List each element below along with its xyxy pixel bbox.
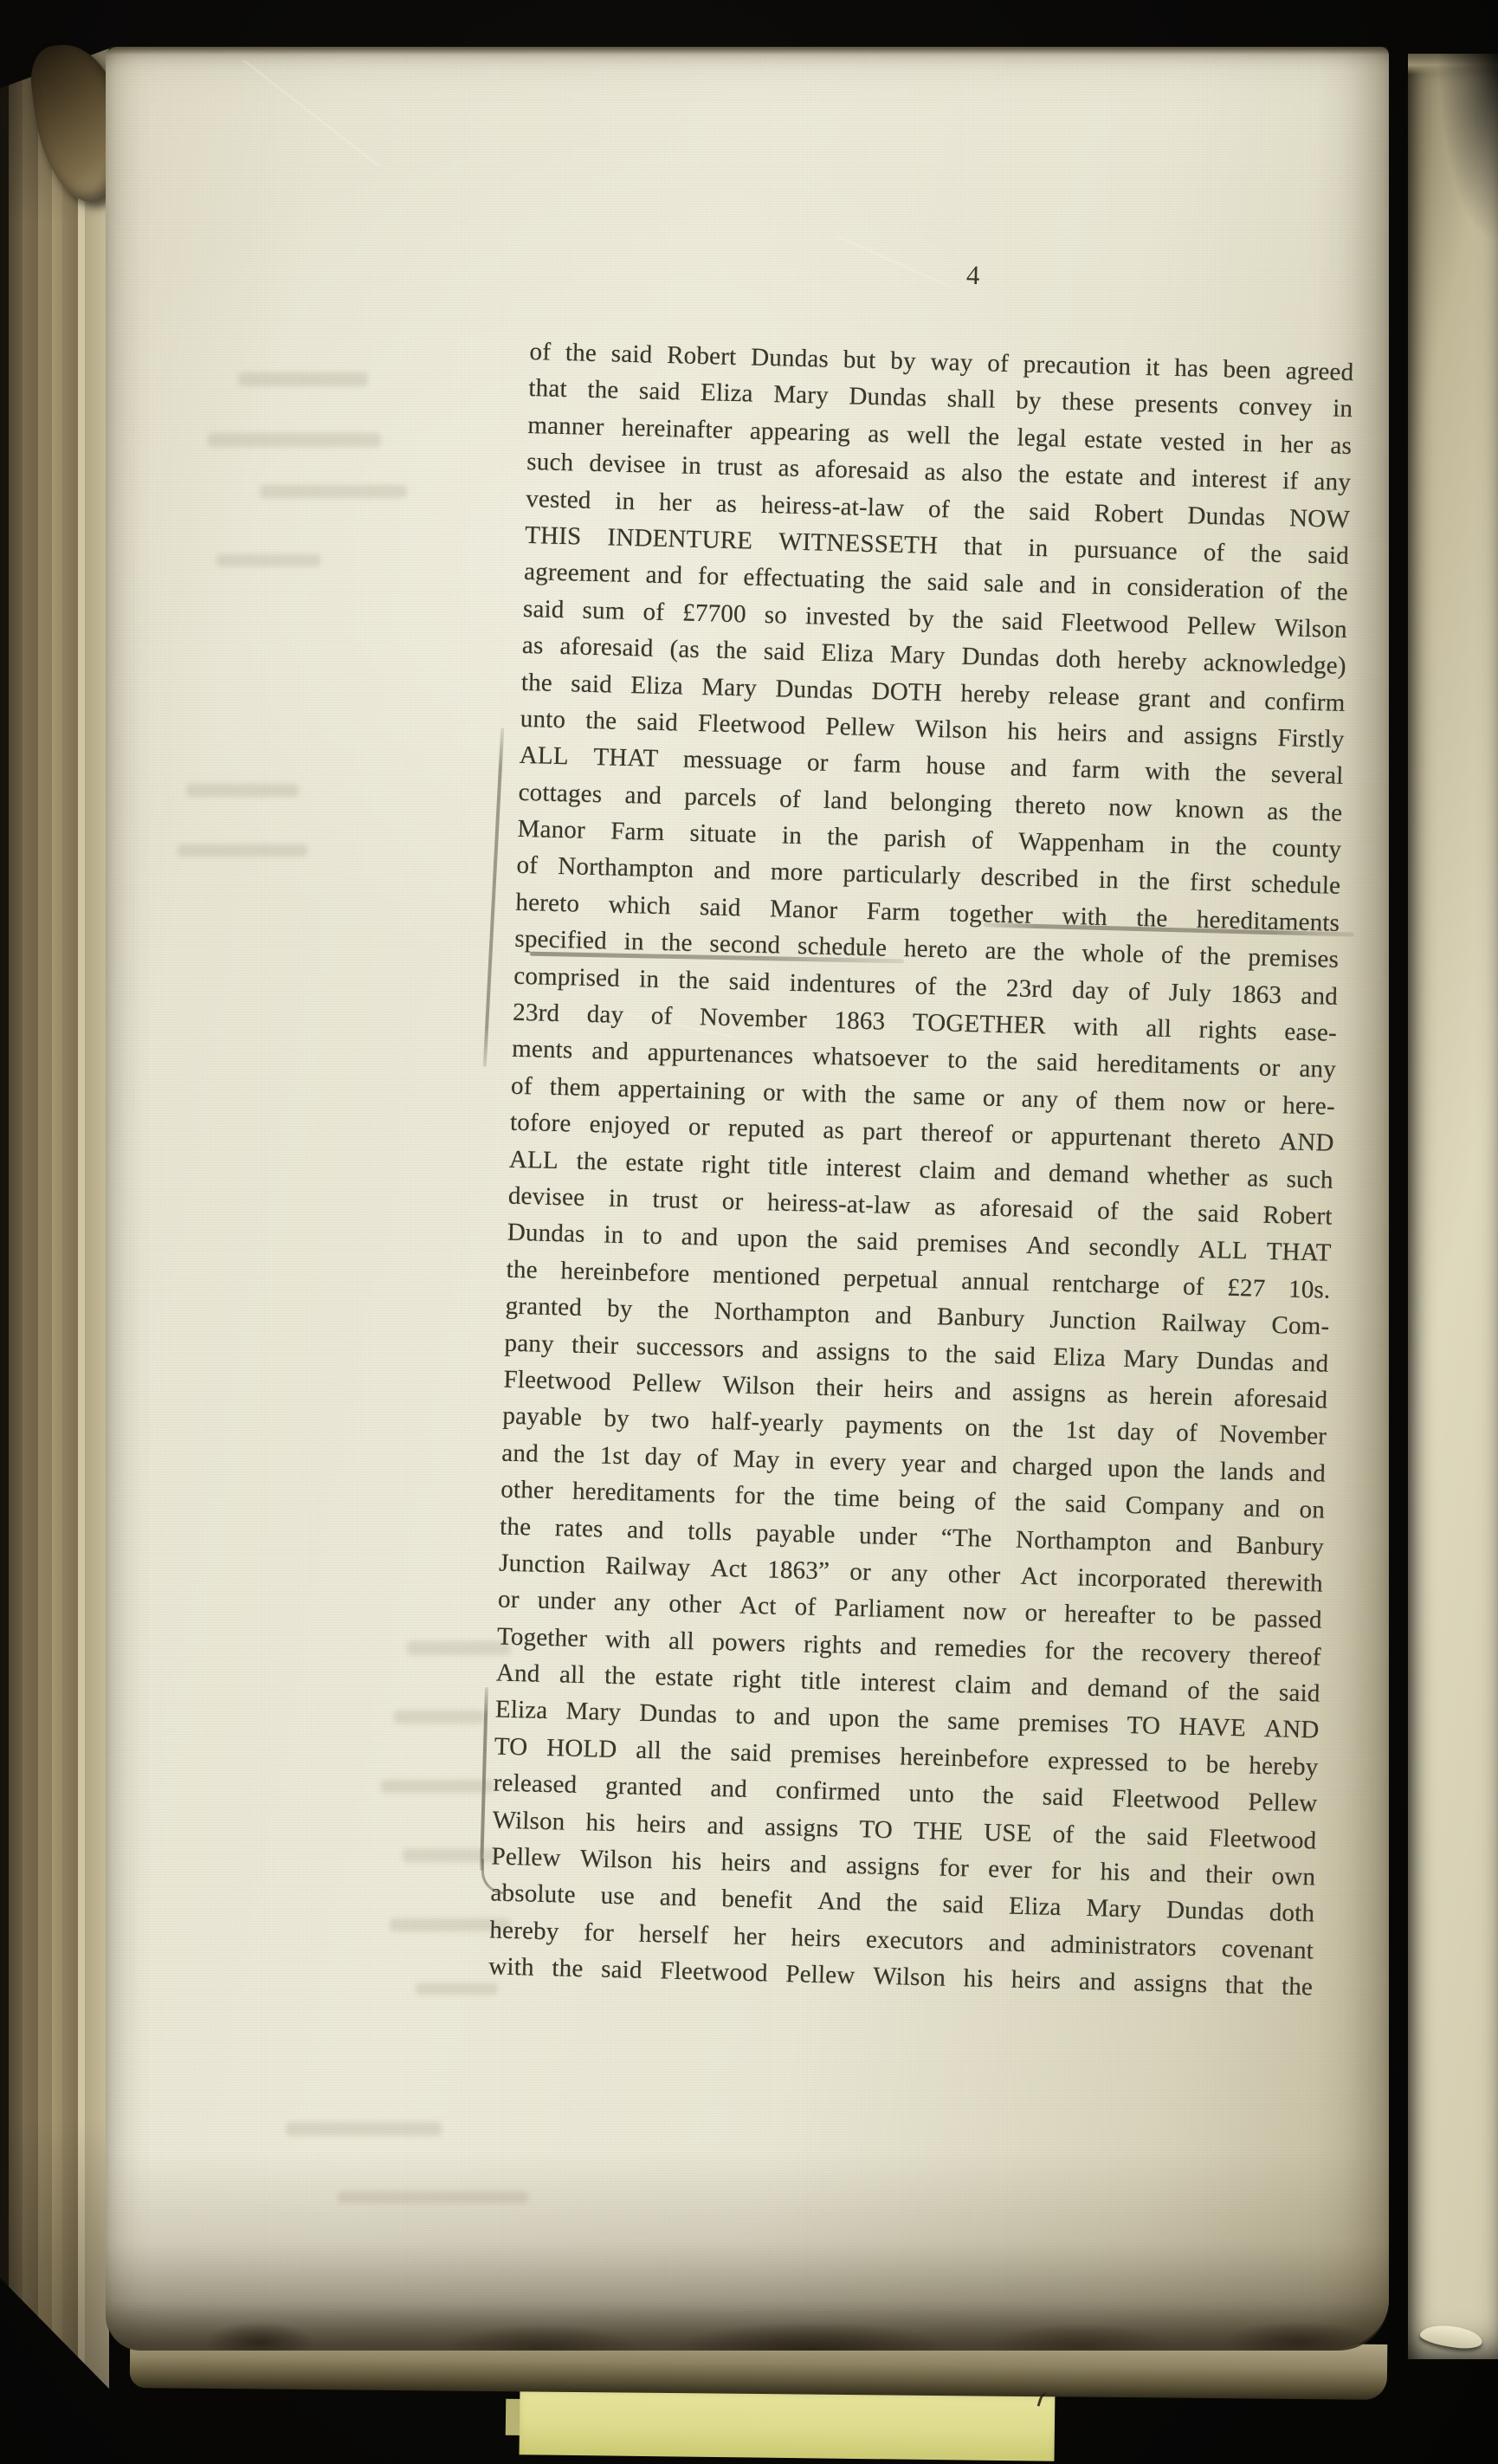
bleedthrough-mark	[381, 1780, 494, 1793]
bleedthrough-mark	[178, 844, 307, 857]
bleedthrough-mark	[407, 1641, 511, 1655]
stack-shading	[0, 0, 109, 2464]
bleedthrough-mark	[238, 372, 368, 386]
document-text: ofthesaidRobertDundasbutbywayofprecautio…	[488, 338, 1354, 2010]
bleedthrough-mark	[286, 2122, 442, 2136]
bleedthrough-mark	[260, 485, 407, 498]
book-photo: { "document": { "page_number": "4", "lin…	[0, 0, 1498, 2464]
bleedthrough-mark	[338, 2191, 528, 2203]
right-page-corner-shadow	[1437, 54, 1498, 244]
bleedthrough-mark	[208, 433, 381, 447]
bleedthrough-mark	[186, 784, 299, 797]
bleedthrough-mark	[216, 554, 320, 566]
page-number: 4	[966, 260, 981, 291]
bleedthrough-mark	[394, 1711, 485, 1724]
right-page-bottom-curl	[1419, 2323, 1483, 2351]
sooty-bottom-edge	[106, 2151, 1389, 2351]
page-top-edge-shadow	[106, 47, 1389, 55]
bleedthrough-mark	[416, 1983, 498, 1995]
left-page-edge-stack	[0, 0, 109, 2464]
right-facing-page	[1408, 54, 1498, 2359]
